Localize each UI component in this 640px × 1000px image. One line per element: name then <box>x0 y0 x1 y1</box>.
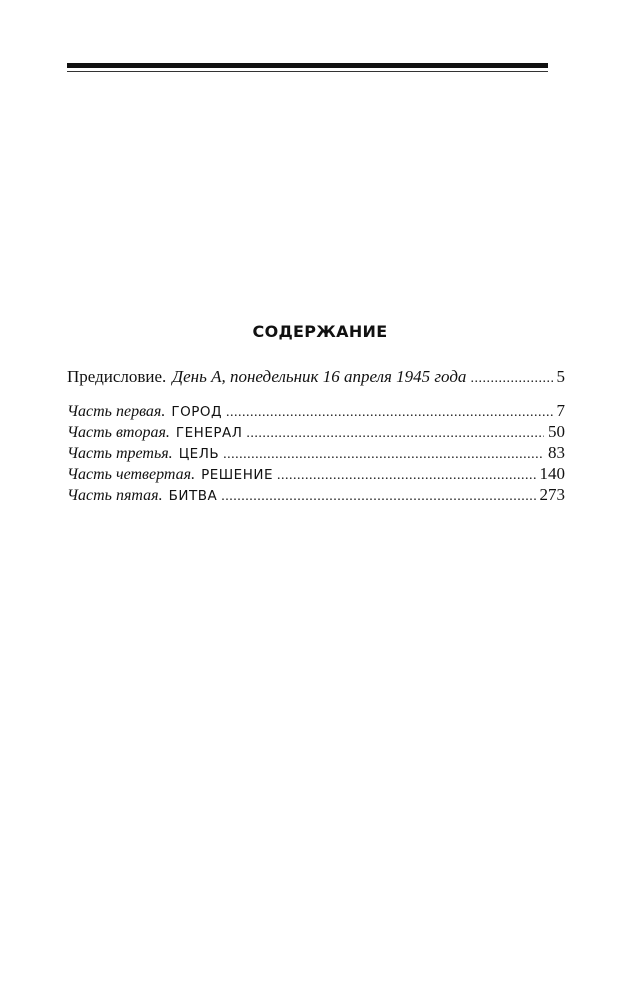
header-rule-thick <box>67 63 548 68</box>
toc-entry: Часть третья. ЦЕЛЬ 83 <box>67 443 565 465</box>
toc-leader <box>470 369 552 389</box>
toc-page: 140 <box>540 464 566 484</box>
toc-entry: Часть четвертая. РЕШЕНИЕ 140 <box>67 464 565 486</box>
toc-title: ГЕНЕРАЛ <box>176 423 242 443</box>
toc-label: Предисловие. <box>67 367 166 387</box>
toc-label: Часть вторая. <box>67 423 170 443</box>
toc-entry: Часть вторая. ГЕНЕРАЛ 50 <box>67 422 565 444</box>
toc-leader <box>221 487 535 507</box>
toc-page: 7 <box>557 401 566 421</box>
toc-title: ГОРОД <box>171 402 222 422</box>
toc-leader <box>223 445 544 465</box>
header-rule-thin <box>67 71 548 72</box>
toc-title: РЕШЕНИЕ <box>201 465 273 485</box>
toc-entry-preface: Предисловие. День А, понедельник 16 апре… <box>67 367 565 389</box>
toc-label: Часть третья. <box>67 444 173 464</box>
toc-page: 50 <box>548 422 565 442</box>
toc-page: 273 <box>540 485 566 505</box>
toc-leader <box>246 424 544 444</box>
toc-page: 5 <box>557 367 566 387</box>
toc-leader <box>226 403 552 423</box>
toc-entry: Часть первая. ГОРОД 7 <box>67 401 565 423</box>
toc-title: День А, понедельник 16 апреля 1945 года <box>172 367 466 387</box>
toc-title: БИТВА <box>169 486 218 506</box>
toc-entry: Часть пятая. БИТВА 273 <box>67 485 565 507</box>
toc-title: ЦЕЛЬ <box>179 444 219 464</box>
page-title: СОДЕРЖАНИЕ <box>0 322 640 341</box>
toc-page: 83 <box>548 443 565 463</box>
toc-label: Часть четвертая. <box>67 465 195 485</box>
toc-label: Часть пятая. <box>67 486 163 506</box>
toc-leader <box>277 466 536 486</box>
toc-label: Часть первая. <box>67 402 165 422</box>
